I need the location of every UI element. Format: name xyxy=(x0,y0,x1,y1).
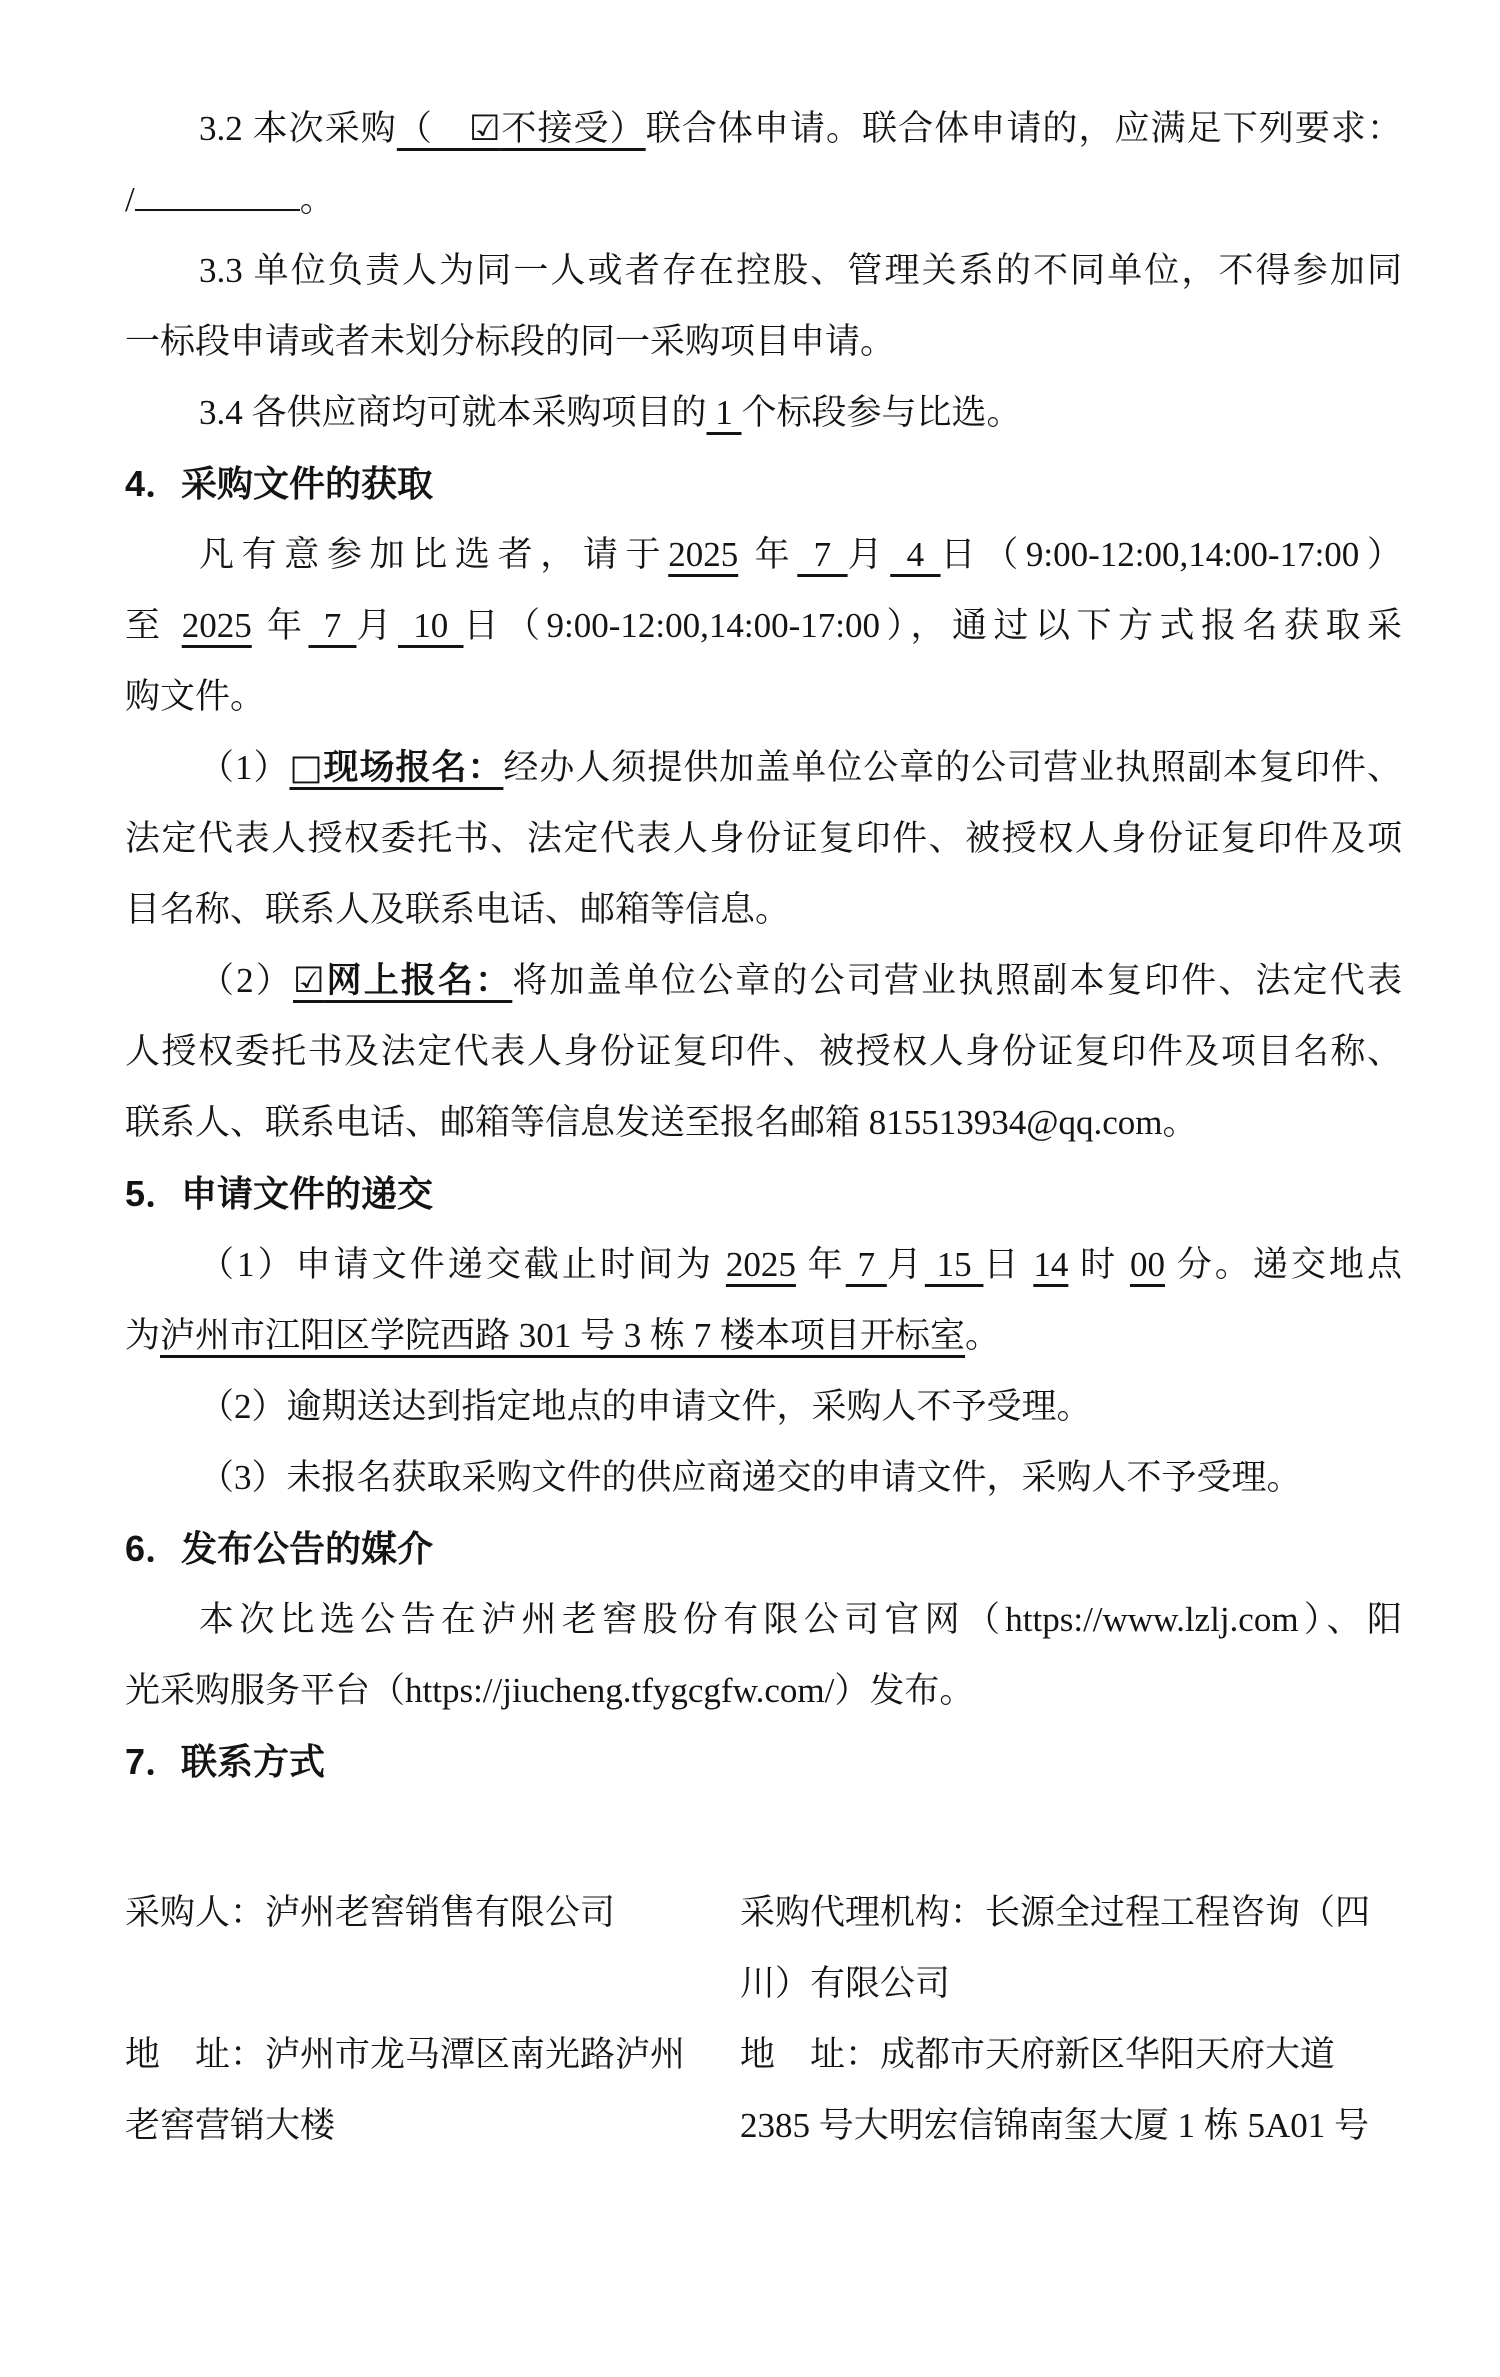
section-heading: 4．采购文件的获取 xyxy=(125,448,1402,519)
underlined-text-run: 10 xyxy=(398,606,464,645)
contact-line: 采购人：泸州老窖销售有限公司 xyxy=(125,1877,740,1948)
text-run: 3.2 本次采购 xyxy=(199,109,397,148)
text-run: 3.4 各供应商均可就本采购项目的 xyxy=(199,393,707,432)
body-line: 3.4 各供应商均可就本采购项目的 1 个标段参与比选。 xyxy=(125,377,1402,448)
body-line: /。 xyxy=(125,164,1402,235)
section-heading: 5．申请文件的递交 xyxy=(125,1158,1402,1229)
text-run: 年 xyxy=(796,1245,846,1284)
body-line: 购文件。 xyxy=(125,661,1402,732)
text-run: 个标段参与比选。 xyxy=(742,393,1022,432)
text-run: 本次比选公告在泸州老窖股份有限公司官网（https://www.lzlj.com… xyxy=(199,1600,1402,1639)
underlined-text-run: 7 xyxy=(309,606,357,645)
body-line: 3.2 本次采购（ ☑不接受）联合体申请。联合体申请的，应满足下列要求： xyxy=(125,93,1402,164)
text-run: 月 xyxy=(848,535,891,574)
contact-cell-left: 地 址：泸州市龙马潭区南光路泸州老窖营销大楼 xyxy=(125,2019,740,2161)
text-run: 4．采购文件的获取 xyxy=(125,463,433,504)
text-run: 日（9:00-12:00,14:00-17:00），通过以下方式报名获取采 xyxy=(464,606,1402,645)
text-run: 采购代理机构：长源全过程工程咨询（四 xyxy=(740,1893,1370,1932)
text-run: （1）申请文件递交截止时间为 xyxy=(199,1245,726,1284)
contact-line: 地 址：泸州市龙马潭区南光路泸州 xyxy=(125,2019,740,2090)
text-run: / xyxy=(125,180,135,219)
vertical-spacer xyxy=(125,1797,1402,1877)
text-run: 日（9:00-12:00,14:00-17:00） xyxy=(941,535,1402,574)
text-run: 采购人：泸州老窖销售有限公司 xyxy=(125,1893,615,1932)
text-run: 。 xyxy=(965,1316,1000,1355)
text-run: 购文件。 xyxy=(125,677,265,716)
text-run: 目名称、联系人及联系电话、邮箱等信息。 xyxy=(125,890,790,929)
text-run: 光采购服务平台（https://jiucheng.tfygcgfw.com/）发… xyxy=(125,1671,974,1710)
checked-checkbox-icon: ☑ xyxy=(293,961,324,1001)
contact-line: 地 址：成都市天府新区华阳天府大道 xyxy=(740,2019,1402,2090)
underlined-text-run: 2025 xyxy=(182,606,252,645)
body-line: （2）逾期送达到指定地点的申请文件，采购人不予受理。 xyxy=(125,1371,1402,1442)
body-line: 本次比选公告在泸州老窖股份有限公司官网（https://www.lzlj.com… xyxy=(125,1584,1402,1655)
body-line: 光采购服务平台（https://jiucheng.tfygcgfw.com/）发… xyxy=(125,1655,1402,1726)
text-run: 老窖营销大楼 xyxy=(125,2106,335,2145)
text-run: 年 xyxy=(738,535,797,574)
blank-underline-field xyxy=(135,178,300,212)
section-heading: 7．联系方式 xyxy=(125,1726,1402,1797)
underlined-text-run: 14 xyxy=(1033,1245,1068,1284)
text-run: 月 xyxy=(887,1245,925,1284)
text-run: 7．联系方式 xyxy=(125,1741,325,1782)
text-run: 为 xyxy=(125,1316,160,1355)
procurement-notice-page: 3.2 本次采购（ ☑不接受）联合体申请。联合体申请的，应满足下列要求：/。3.… xyxy=(0,0,1500,2377)
text-run: 2385 号大明宏信锦南玺大厦 1 栋 5A01 号 xyxy=(740,2106,1369,2145)
underlined-text-run: 2025 xyxy=(726,1245,796,1284)
text-run: 日 xyxy=(983,1245,1033,1284)
body-line: 目名称、联系人及联系电话、邮箱等信息。 xyxy=(125,874,1402,945)
body-line: （1）□现场报名：经办人须提供加盖单位公章的公司营业执照副本复印件、 xyxy=(125,732,1402,803)
underlined-text-run: 00 xyxy=(1130,1245,1165,1284)
body-line: （1）申请文件递交截止时间为 2025 年 7 月 15 日 14 时 00 分… xyxy=(125,1229,1402,1300)
text-run: 凡有意参加比选者，请于 xyxy=(199,535,668,574)
text-run: 地 址：成都市天府新区华阳天府大道 xyxy=(740,2035,1335,2074)
document-body: 3.2 本次采购（ ☑不接受）联合体申请。联合体申请的，应满足下列要求：/。3.… xyxy=(0,0,1500,2161)
underlined-text-run: （ xyxy=(397,109,469,148)
contact-line: 老窖营销大楼 xyxy=(125,2090,740,2161)
text-run: （1） xyxy=(199,748,289,787)
body-line: 3.3 单位负责人为同一人或者存在控股、管理关系的不同单位，不得参加同 xyxy=(125,235,1402,306)
text-run: 地 址：泸州市龙马潭区南光路泸州 xyxy=(125,2035,685,2074)
contact-line: 川）有限公司 xyxy=(740,1948,1402,2019)
underlined-text-run: 15 xyxy=(925,1245,984,1284)
empty-checkbox-icon: □ xyxy=(289,748,323,788)
text-run: 人授权委托书及法定代表人身份证复印件、被授权人身份证复印件及项目名称、 xyxy=(125,1032,1402,1071)
text-run: 经办人须提供加盖单位公章的公司营业执照副本复印件、 xyxy=(503,748,1402,787)
text-run: （2）逾期送达到指定地点的申请文件，采购人不予受理。 xyxy=(199,1387,1092,1426)
text-run: 法定代表人授权委托书、法定代表人身份证复印件、被授权人身份证复印件及项 xyxy=(125,819,1402,858)
contact-line: 2385 号大明宏信锦南玺大厦 1 栋 5A01 号 xyxy=(740,2090,1402,2161)
text-run: 月 xyxy=(357,606,399,645)
text-run: 时 xyxy=(1068,1245,1130,1284)
text-run: 联系人、联系电话、邮箱等信息发送至报名邮箱 815513934@qq.com。 xyxy=(125,1103,1198,1142)
underlined-text-run: 现场报名： xyxy=(324,748,504,787)
text-run: 川）有限公司 xyxy=(740,1964,950,2003)
contact-cell-left: 采购人：泸州老窖销售有限公司 xyxy=(125,1877,740,2019)
checked-checkbox-icon: ☑ xyxy=(469,109,500,149)
underlined-text-run: 1 xyxy=(707,393,742,432)
body-line: 至 2025 年 7 月 10 日（9:00-12:00,14:00-17:00… xyxy=(125,590,1402,661)
section-heading: 6．发布公告的媒介 xyxy=(125,1513,1402,1584)
text-run: 联合体申请。联合体申请的，应满足下列要求： xyxy=(646,109,1402,148)
contact-cell-right: 采购代理机构：长源全过程工程咨询（四川）有限公司 xyxy=(740,1877,1402,2019)
body-line: 凡有意参加比选者，请于2025 年 7 月 4 日（9:00-12:00,14:… xyxy=(125,519,1402,590)
text-run: 年 xyxy=(252,606,309,645)
text-run: 分。递交地点 xyxy=(1165,1245,1402,1284)
text-run: 至 xyxy=(125,606,182,645)
body-line: 人授权委托书及法定代表人身份证复印件、被授权人身份证复印件及项目名称、 xyxy=(125,1016,1402,1087)
contact-line: 采购代理机构：长源全过程工程咨询（四 xyxy=(740,1877,1402,1948)
underlined-text-run: 网上报名： xyxy=(324,961,512,1000)
underlined-text-run: 2025 xyxy=(668,535,738,574)
body-line: 法定代表人授权委托书、法定代表人身份证复印件、被授权人身份证复印件及项 xyxy=(125,803,1402,874)
text-run: 5．申请文件的递交 xyxy=(125,1173,433,1214)
underlined-text-run: 7 xyxy=(846,1245,887,1284)
contact-row: 地 址：泸州市龙马潭区南光路泸州老窖营销大楼地 址：成都市天府新区华阳天府大道2… xyxy=(125,2019,1402,2161)
text-run: （2） xyxy=(199,961,293,1000)
body-line: （2）☑网上报名：将加盖单位公章的公司营业执照副本复印件、法定代表 xyxy=(125,945,1402,1016)
body-line: 一标段申请或者未划分标段的同一采购项目申请。 xyxy=(125,306,1402,377)
text-run: 将加盖单位公章的公司营业执照副本复印件、法定代表 xyxy=(512,961,1402,1000)
contact-cell-right: 地 址：成都市天府新区华阳天府大道2385 号大明宏信锦南玺大厦 1 栋 5A0… xyxy=(740,2019,1402,2161)
underlined-text-run: 不接受） xyxy=(500,109,645,148)
text-run: 。 xyxy=(300,180,335,219)
body-line: 联系人、联系电话、邮箱等信息发送至报名邮箱 815513934@qq.com。 xyxy=(125,1087,1402,1158)
text-run: 3.3 单位负责人为同一人或者存在控股、管理关系的不同单位，不得参加同 xyxy=(199,251,1402,290)
text-run: 一标段申请或者未划分标段的同一采购项目申请。 xyxy=(125,322,895,361)
text-run: （3）未报名获取采购文件的供应商递交的申请文件，采购人不予受理。 xyxy=(199,1458,1302,1497)
underlined-text-run: 4 xyxy=(890,535,940,574)
body-line: （3）未报名获取采购文件的供应商递交的申请文件，采购人不予受理。 xyxy=(125,1442,1402,1513)
underlined-text-run: 7 xyxy=(797,535,847,574)
text-run: 6．发布公告的媒介 xyxy=(125,1528,433,1569)
body-line: 为泸州市江阳区学院西路 301 号 3 栋 7 楼本项目开标室。 xyxy=(125,1300,1402,1371)
underlined-text-run: 泸州市江阳区学院西路 301 号 3 栋 7 楼本项目开标室 xyxy=(160,1316,965,1355)
contact-row: 采购人：泸州老窖销售有限公司采购代理机构：长源全过程工程咨询（四川）有限公司 xyxy=(125,1877,1402,2019)
